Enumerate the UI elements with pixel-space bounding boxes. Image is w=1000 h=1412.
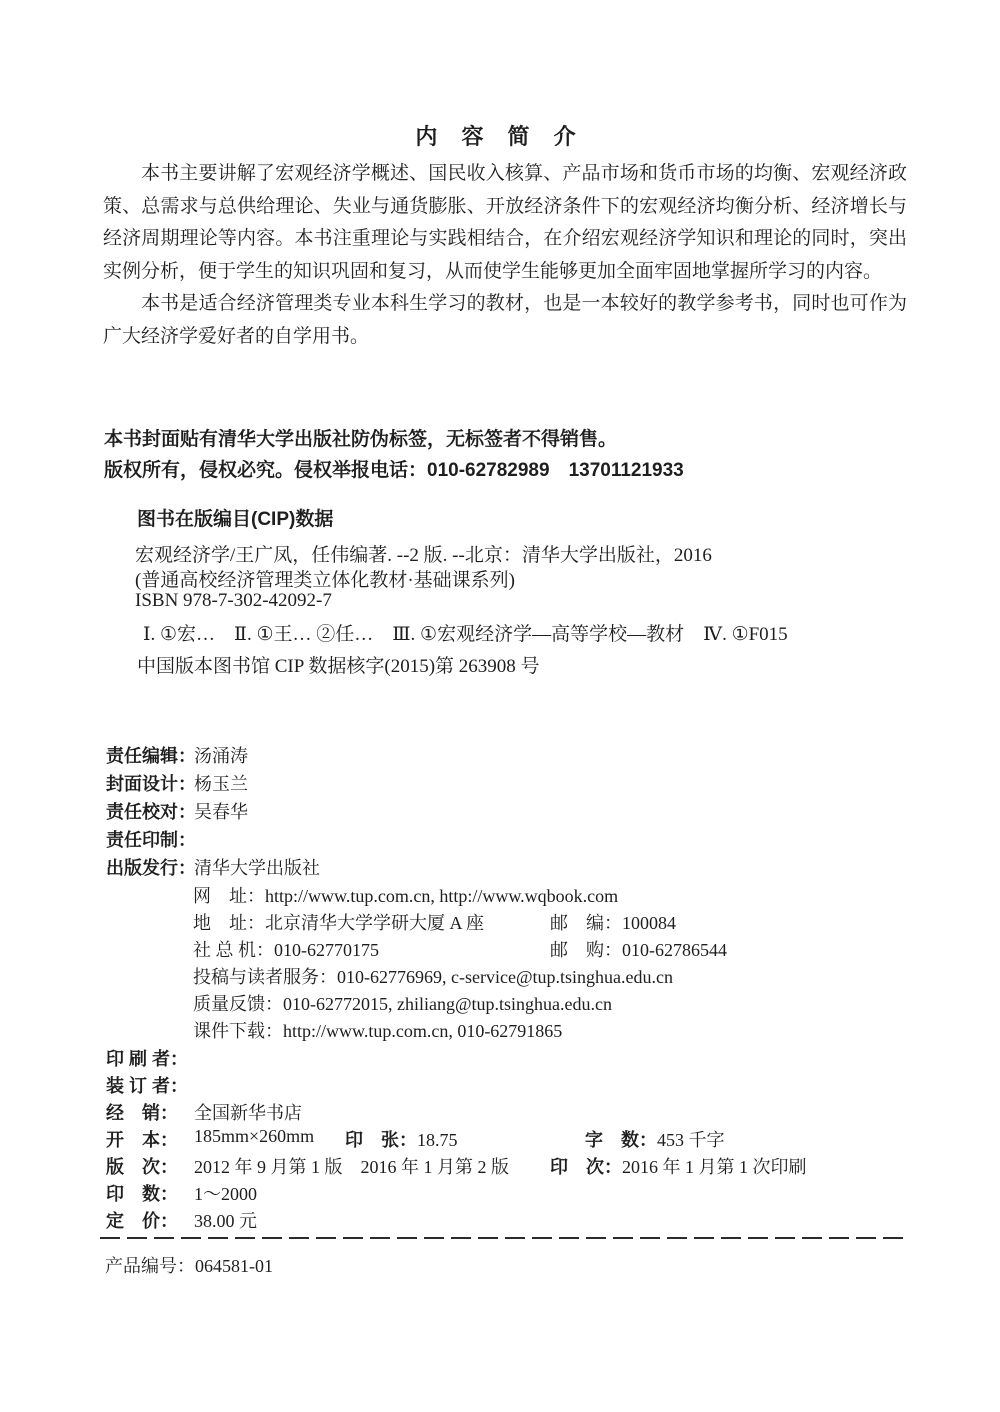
publisher-label: 出版发行：	[106, 854, 194, 880]
production-value: 2012 年 9 月第 1 版 2016 年 1 月第 2 版	[194, 1157, 509, 1177]
contact-row-mail-order: 邮 购：010-62786544	[550, 936, 727, 962]
contact-label: 地 址：	[193, 913, 265, 933]
production-row-binder: 装 订 者：	[106, 1072, 194, 1098]
production-row-distributor: 经 销：全国新华书店	[106, 1099, 302, 1125]
contact-row-courseware: 课件下载：http://www.tup.com.cn, 010-62791865	[193, 1017, 562, 1043]
production-label: 印 次：	[550, 1157, 622, 1177]
production-row-sheets: 印 张：18.75	[345, 1126, 458, 1152]
publisher-value: 清华大学出版社	[194, 858, 320, 878]
dashed-divider	[100, 1237, 906, 1239]
cip-entry: 宏观经济学/王广凤，任伟编著. --2 版. --北京：清华大学出版社，2016	[135, 540, 712, 567]
production-value: 185mm×260mm	[194, 1126, 314, 1146]
credit-row-cover-design: 封面设计：杨玉兰	[106, 770, 248, 796]
credit-label: 责任校对：	[106, 798, 194, 824]
credit-value: 吴春华	[194, 802, 248, 822]
contact-value: 010-62776969, c-service@tup.tsinghua.edu…	[337, 967, 673, 987]
production-row-print-run: 印 数：1～2000	[106, 1180, 257, 1206]
contact-label: 邮 编：	[550, 913, 622, 933]
production-row-edition: 版 次：2012 年 9 月第 1 版 2016 年 1 月第 2 版	[106, 1153, 509, 1179]
production-label: 印 张：	[345, 1130, 417, 1150]
production-label: 开 本：	[106, 1126, 194, 1152]
production-label: 印 数：	[106, 1180, 194, 1206]
credit-row-proofreader: 责任校对：吴春华	[106, 798, 248, 824]
contact-value: http://www.tup.com.cn, http://www.wqbook…	[265, 886, 618, 906]
production-value: 2016 年 1 月第 1 次印刷	[622, 1157, 807, 1177]
production-label: 字 数：	[585, 1130, 657, 1150]
anti-piracy-notice: 本书封面贴有清华大学出版社防伪标签，无标签者不得销售。 版权所有，侵权必究。侵权…	[104, 424, 684, 486]
credit-value: 汤涌涛	[194, 746, 248, 766]
cip-series: (普通高校经济管理类立体化教材·基础课系列)	[135, 565, 515, 592]
production-value: 453 千字	[657, 1130, 725, 1150]
production-row-price: 定 价：38.00 元	[106, 1207, 257, 1233]
production-row-printer: 印 刷 者：	[106, 1045, 194, 1071]
notice-line-1: 本书封面贴有清华大学出版社防伪标签，无标签者不得销售。	[104, 424, 684, 455]
contact-label: 课件下载：	[193, 1021, 283, 1041]
production-label: 经 销：	[106, 1099, 194, 1125]
contact-row-switchboard: 社 总 机：010-62770175	[193, 936, 379, 962]
contact-row-quality-feedback: 质量反馈：010-62772015, zhiliang@tup.tsinghua…	[193, 990, 612, 1016]
contact-value: http://www.tup.com.cn, 010-62791865	[283, 1021, 562, 1041]
cip-header: 图书在版编目(CIP)数据	[137, 504, 333, 531]
contact-label: 网 址：	[193, 886, 265, 906]
contact-value: 010-62770175	[274, 940, 379, 960]
copyright-page: 内 容 简 介 本书主要讲解了宏观经济学概述、国民收入核算、产品市场和货币市场的…	[0, 0, 1000, 1412]
contact-value: 100084	[622, 913, 676, 933]
contact-value: 010-62772015, zhiliang@tup.tsinghua.edu.…	[283, 994, 612, 1014]
production-row-impression: 印 次：2016 年 1 月第 1 次印刷	[550, 1153, 807, 1179]
contact-label: 质量反馈：	[193, 994, 283, 1014]
intro-block: 本书主要讲解了宏观经济学概述、国民收入核算、产品市场和货币市场的均衡、宏观经济政…	[103, 158, 907, 353]
production-value: 1～2000	[194, 1184, 257, 1204]
contact-label: 投稿与读者服务：	[193, 967, 337, 987]
cip-isbn: ISBN 978-7-302-42092-7	[135, 590, 332, 612]
cip-classification: Ⅰ. ①宏… Ⅱ. ①王… ②任… Ⅲ. ①宏观经济学—高等学校—教材 Ⅳ. ①…	[143, 619, 788, 646]
production-label: 印 刷 者：	[106, 1045, 194, 1071]
contact-label: 邮 购：	[550, 940, 622, 960]
product-number-label: 产品编号：	[105, 1256, 195, 1276]
production-row-wordcount: 字 数：453 千字	[585, 1126, 725, 1152]
production-label: 定 价：	[106, 1207, 194, 1233]
contact-row-zip: 邮 编：100084	[550, 909, 676, 935]
credit-label: 封面设计：	[106, 770, 194, 796]
production-row-format: 开 本：185mm×260mm	[106, 1126, 314, 1152]
contact-value: 北京清华大学学研大厦 A 座	[265, 913, 484, 933]
credit-row-publisher: 出版发行：清华大学出版社	[106, 854, 320, 880]
credit-label: 责任编辑：	[106, 742, 194, 768]
credit-row-print-supervisor: 责任印制：	[106, 826, 194, 852]
production-label: 装 订 者：	[106, 1072, 194, 1098]
credit-row-editor: 责任编辑：汤涌涛	[106, 742, 248, 768]
contact-label: 社 总 机：	[193, 940, 274, 960]
intro-paragraph-1: 本书主要讲解了宏观经济学概述、国民收入核算、产品市场和货币市场的均衡、宏观经济政…	[103, 158, 907, 288]
contact-row-address: 地 址：北京清华大学学研大厦 A 座	[193, 909, 484, 935]
production-value: 全国新华书店	[194, 1103, 302, 1123]
notice-line-2: 版权所有，侵权必究。侵权举报电话：010-62782989 1370112193…	[104, 455, 684, 486]
production-value: 38.00 元	[194, 1211, 257, 1231]
intro-paragraph-2: 本书是适合经济管理类专业本科生学习的教材，也是一本较好的教学参考书，同时也可作为…	[103, 288, 907, 353]
production-label: 版 次：	[106, 1153, 194, 1179]
cip-record-number: 中国版本图书馆 CIP 数据核字(2015)第 263908 号	[137, 651, 540, 678]
page-title: 内 容 简 介	[0, 120, 1000, 151]
credit-value: 杨玉兰	[194, 774, 248, 794]
product-number-value: 064581-01	[195, 1256, 273, 1276]
production-value: 18.75	[417, 1130, 458, 1150]
product-number-row: 产品编号：064581-01	[105, 1252, 273, 1278]
credit-label: 责任印制：	[106, 826, 194, 852]
contact-row-reader-service: 投稿与读者服务：010-62776969, c-service@tup.tsin…	[193, 963, 673, 989]
contact-value: 010-62786544	[622, 940, 727, 960]
contact-row-website: 网 址：http://www.tup.com.cn, http://www.wq…	[193, 882, 618, 908]
